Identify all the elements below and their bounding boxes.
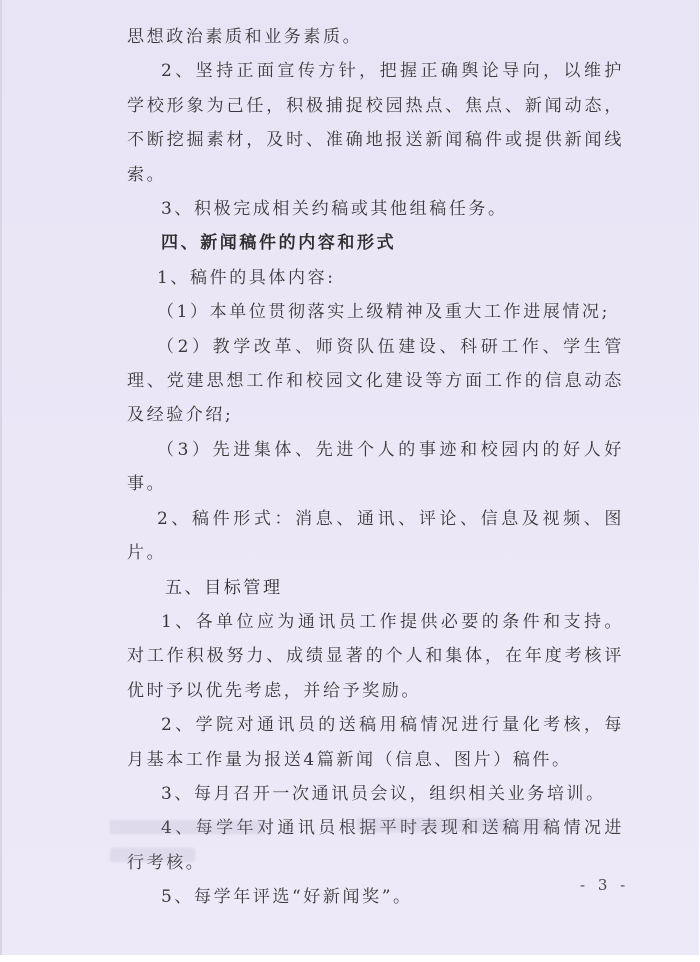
page-number: - 3 -	[580, 876, 629, 894]
document-body: 思想政治素质和业务素质。 2、坚持正面宣传方针，把握正确舆论导向，以维护学校形象…	[127, 20, 624, 915]
paragraph-content-1: （1）本单位贯彻落实上级精神及重大工作进展情况;	[127, 295, 624, 329]
paragraph-goal-3: 3、每月召开一次通讯员会议，组织相关业务培训。	[127, 777, 624, 811]
section-heading-five: 五、目标管理	[127, 571, 624, 605]
paragraph-item-2-publicity: 2、坚持正面宣传方针，把握正确舆论导向，以维护学校形象为己任，积极捕捉校园热点、…	[127, 54, 624, 192]
paragraph-goal-5: 5、每学年评选“好新闻奖”。	[127, 880, 624, 914]
paragraph-goal-1: 1、各单位应为通讯员工作提供必要的条件和支持。对工作积极努力、成绩显著的个人和集…	[127, 605, 624, 708]
document-page: 思想政治素质和业务素质。 2、坚持正面宣传方针，把握正确舆论导向，以维护学校形象…	[0, 0, 699, 955]
bleed-through-mark	[357, 818, 552, 832]
paragraph-continuation: 思想政治素质和业务素质。	[127, 20, 624, 54]
paragraph-content-3: （3）先进集体、先进个人的事迹和校园内的好人好事。	[127, 433, 624, 502]
paragraph-content-2: （2）教学改革、师资队伍建设、科研工作、学生管理、党建思想工作和校园文化建设等方…	[127, 330, 624, 433]
bleed-through-mark	[110, 848, 195, 862]
paragraph-content-intro: 1、稿件的具体内容:	[127, 261, 624, 295]
paragraph-goal-2: 2、学院对通讯员的送稿用稿情况进行量化考核，每月基本工作量为报送4篇新闻（信息、…	[127, 708, 624, 777]
bleed-through-mark	[110, 820, 265, 834]
paragraph-item-3-assignments: 3、积极完成相关约稿或其他组稿任务。	[127, 192, 624, 226]
section-heading-four: 四、新闻稿件的内容和形式	[127, 226, 624, 260]
paragraph-manuscript-form: 2、稿件形式：消息、通讯、评论、信息及视频、图片。	[127, 502, 624, 571]
